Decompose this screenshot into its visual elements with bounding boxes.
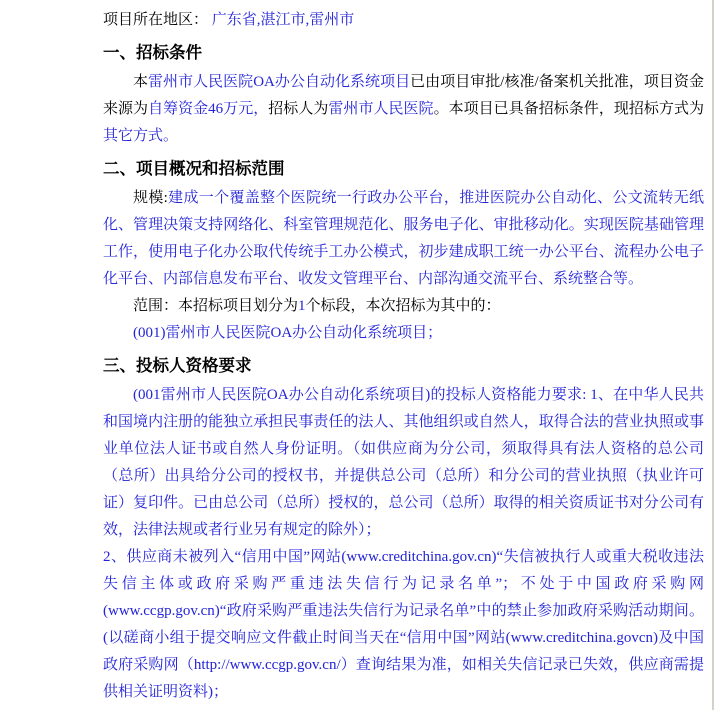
highlighted-text: 1 [298,298,306,314]
paragraph: (001)雷州市人民医院OA办公自动化系统项目； [103,320,704,347]
document-content: 项目所在地区： 广东省,湛江市,雷州市 一、招标条件本雷州市人民医院OA办公自动… [0,0,712,706]
plain-text: 范围：本招标项目划分为 [133,298,298,314]
document-page: 项目所在地区： 广东省,湛江市,雷州市 一、招标条件本雷州市人民医院OA办公自动… [0,0,716,710]
section-heading-3: 三、投标人资格要求 [103,353,704,379]
project-location-value: 广东省,湛江市,雷州市 [212,12,355,28]
sections-container: 一、招标条件本雷州市人民医院OA办公自动化系统项目已由项目审批/核准/备案机关批… [103,40,704,706]
plain-text: 。本项目已具备招标条件，现招标方式为 [434,101,704,117]
plain-text: 招标人为 [268,101,328,117]
highlighted-text: 雷州市人民医院 [328,101,433,117]
project-location-line: 项目所在地区： 广东省,湛江市,雷州市 [103,7,704,34]
section-heading-2: 二、项目概况和招标范围 [103,156,704,182]
highlighted-text: 自筹资金46万元， [148,101,268,117]
section-heading-1: 一、招标条件 [103,40,704,66]
project-location-label: 项目所在地区： [103,12,208,28]
highlighted-text: 2、供应商未被列入“信用中国”网站(www.creditchina.gov.cn… [103,549,704,700]
highlighted-text: (001)雷州市人民医院OA办公自动化系统项目； [133,325,442,341]
paragraph: 规模:建成一个覆盖整个医院统一行政办公平台，推进医院办公自动化、公文流转无纸化、… [103,185,704,293]
highlighted-text: (001雷州市人民医院OA办公自动化系统项目)的投标人资格能力要求: 1、在中华… [103,387,704,538]
paragraph: 本雷州市人民医院OA办公自动化系统项目已由项目审批/核准/备案机关批准，项目资金… [103,69,704,150]
page-right-border [712,0,714,710]
highlighted-text: 建成一个覆盖整个医院统一行政办公平台，推进医院办公自动化、公文流转无纸化、管理决… [103,190,704,287]
plain-text: 本 [133,74,148,90]
highlighted-text: 其它方式。 [103,128,178,144]
paragraph: (001雷州市人民医院OA办公自动化系统项目)的投标人资格能力要求: 1、在中华… [103,382,704,544]
plain-text: 个标段，本次招标为其中的： [306,298,501,314]
paragraph: 2、供应商未被列入“信用中国”网站(www.creditchina.gov.cn… [103,544,704,706]
highlighted-text: 雷州市人民医院OA办公自动化系统项目 [148,74,410,90]
paragraph: 范围：本招标项目划分为1个标段，本次招标为其中的： [103,293,704,320]
plain-text: 规模: [133,190,168,206]
